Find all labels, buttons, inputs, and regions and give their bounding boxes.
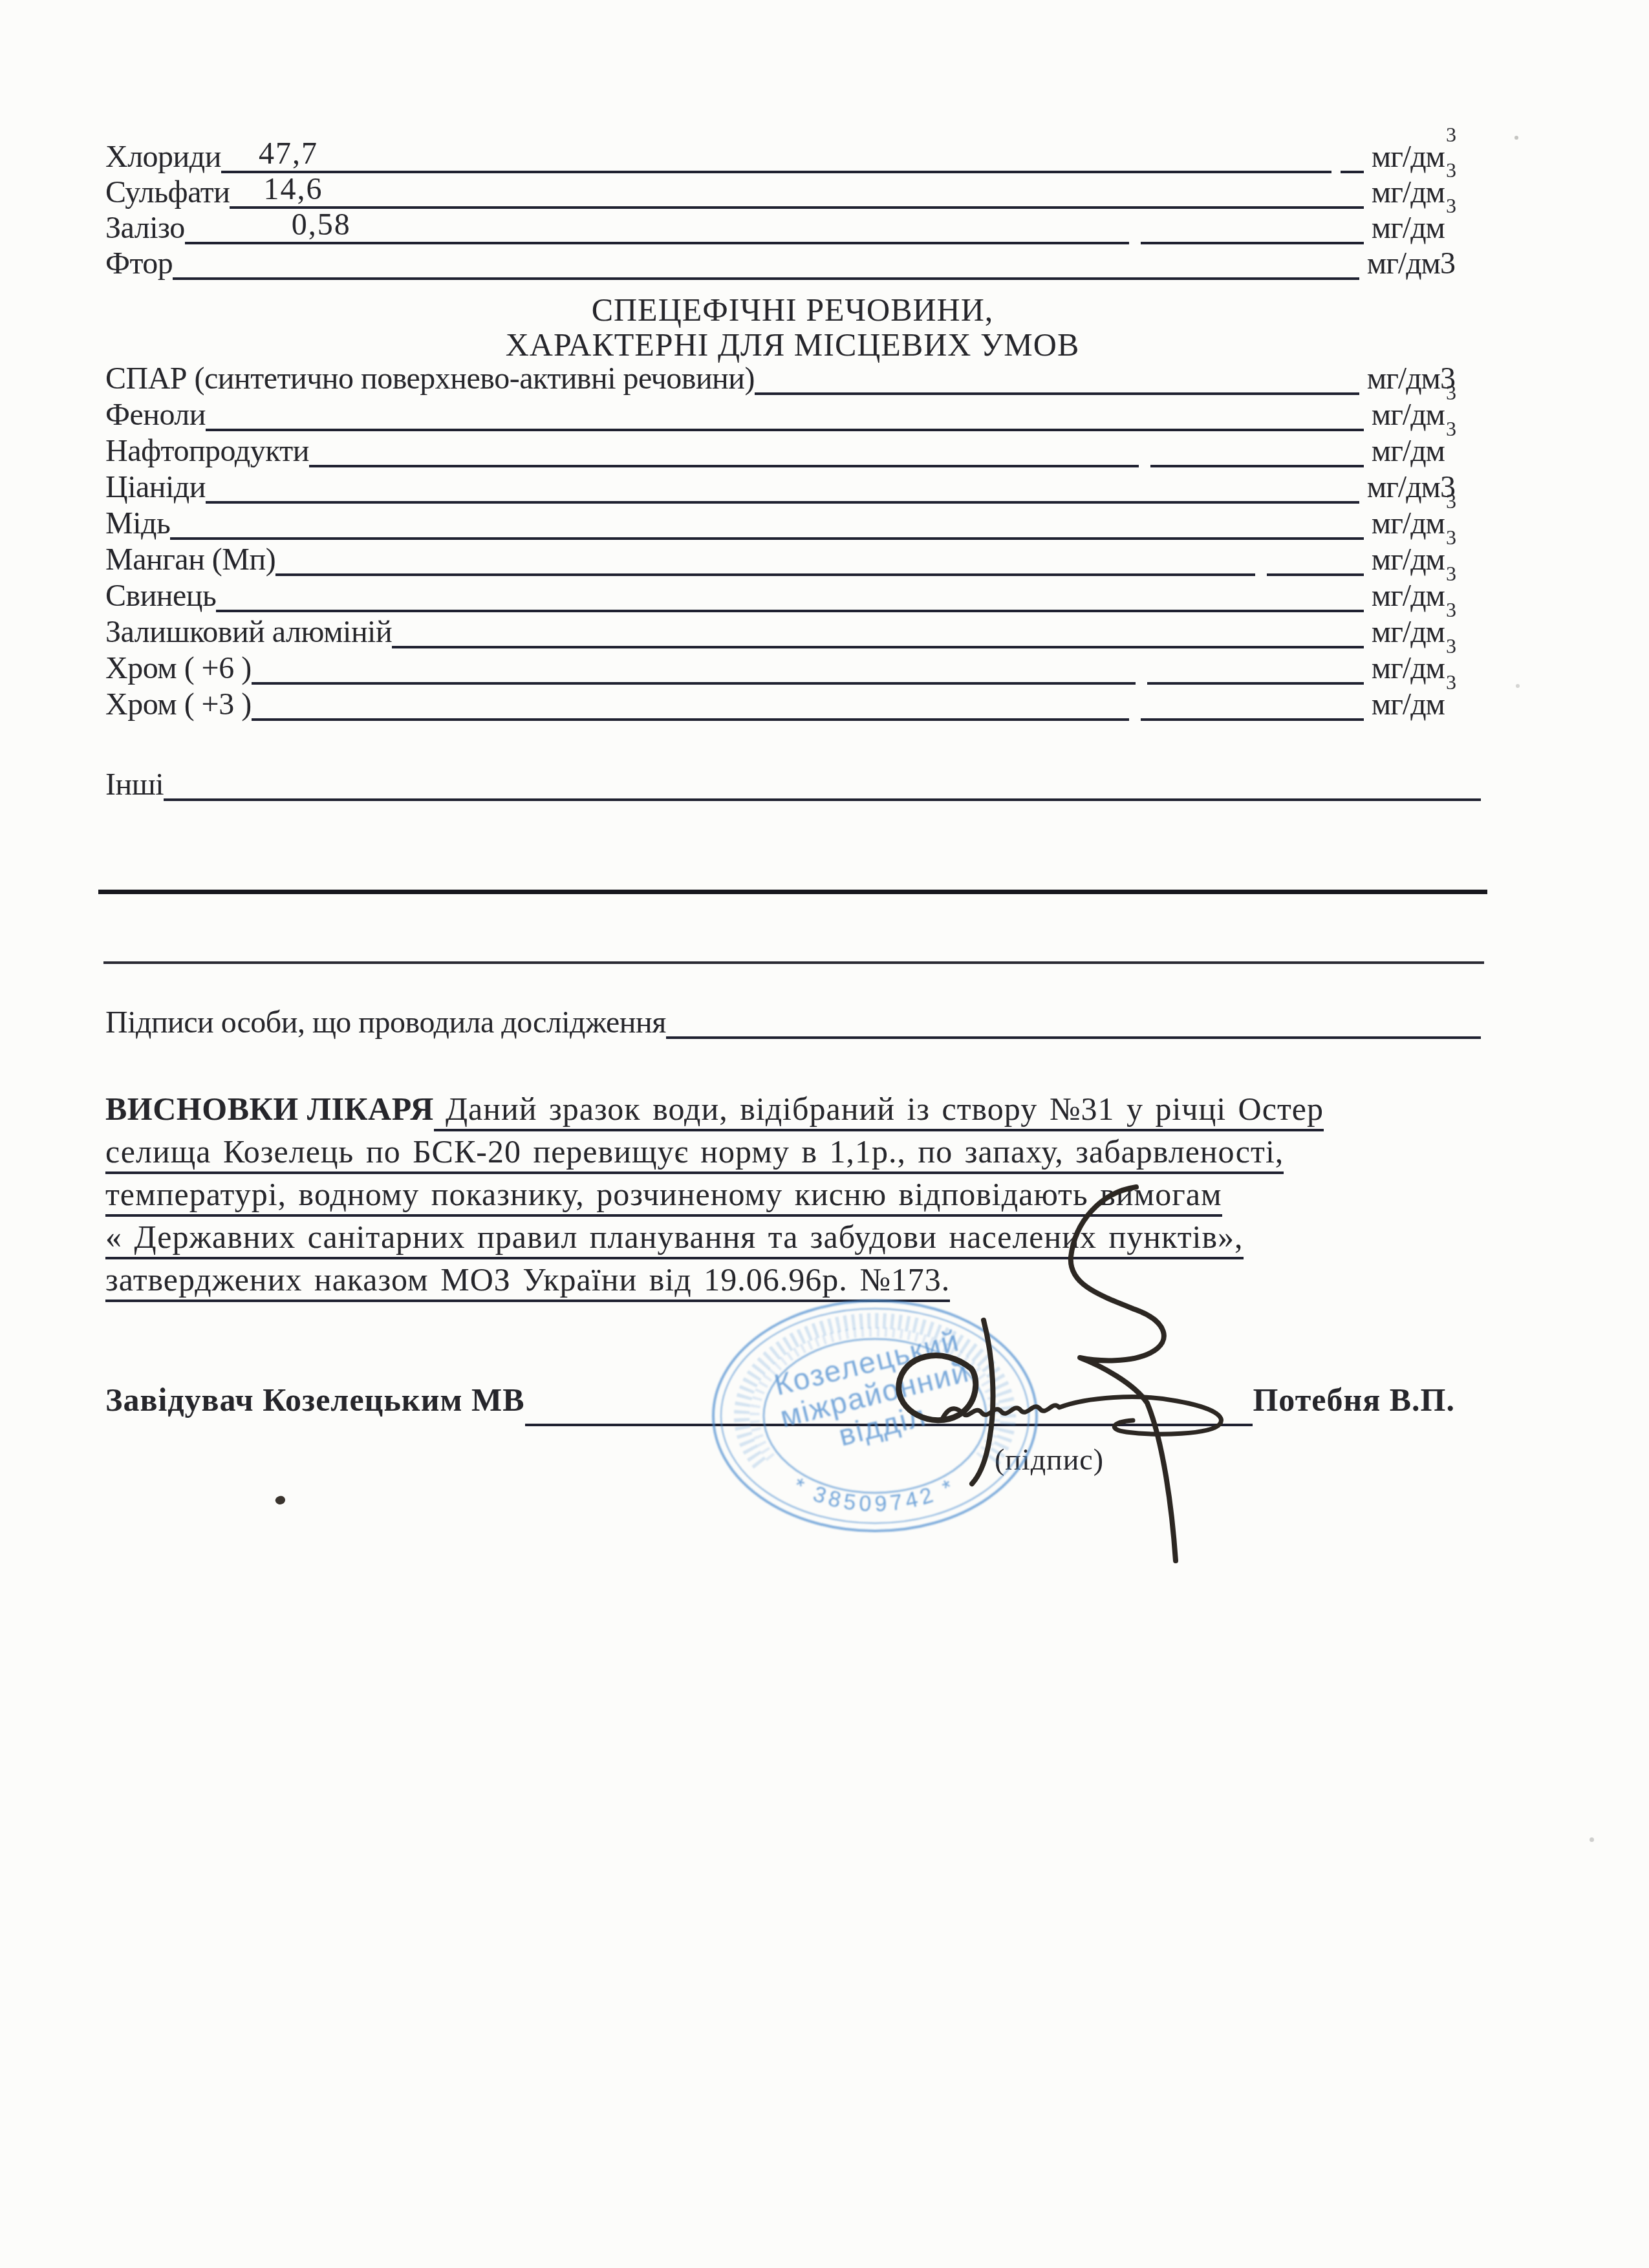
thick-divider	[98, 890, 1487, 894]
param-unit: мг/дм3	[1372, 578, 1455, 614]
fill-line	[252, 682, 1136, 685]
fill-line	[309, 465, 1139, 467]
approver-position: Завідувач Козелецьким МВ	[105, 1382, 525, 1418]
signature-scribble	[943, 1397, 1221, 1434]
param-unit: мг/дм3	[1372, 650, 1455, 687]
signature-loop	[899, 1356, 976, 1420]
param-label: Хром ( +3 )	[105, 687, 252, 723]
fill-line	[170, 537, 1363, 540]
fill-line	[173, 277, 1359, 280]
param-label: Мідь	[105, 506, 170, 542]
param-row-chlorides: Хлориди 47,7 мг/дм3	[105, 139, 1455, 175]
param-row-fluorine: Фтор мг/дм3	[105, 246, 1455, 281]
fill-line-dash	[1341, 171, 1364, 173]
scan-dot	[1514, 136, 1518, 140]
param-value: 0,58	[292, 209, 351, 241]
param-label: Нафтопродукти	[105, 433, 309, 469]
param-row-sulfates: Сульфати 14,6 мг/дм3	[105, 175, 1455, 210]
conclusion-title: ВИСНОВКИ ЛІКАРЯ	[105, 1091, 434, 1127]
fill-line	[206, 501, 1359, 504]
section-title: СПЕЦЕФІЧНІ РЕЧОВИНИ, ХАРАКТЕРНІ ДЛЯ МІСЦ…	[105, 292, 1480, 362]
signature-stem	[972, 1320, 993, 1484]
param-row-chrome-3: Хром ( +3 ) мг/дм3	[105, 687, 1455, 723]
param-row-lead: Свинець мг/дм3	[105, 578, 1455, 614]
param-label: Залишковий алюміній	[105, 614, 392, 650]
signature-flourish	[1071, 1187, 1176, 1561]
fill-line	[206, 429, 1364, 431]
param-label: Ціаніди	[105, 469, 206, 506]
param-unit: мг/дм3	[1372, 139, 1455, 175]
conclusion-line: ВИСНОВКИ ЛІКАРЯДаний зразок води, відібр…	[105, 1087, 1470, 1130]
fill-line	[392, 646, 1364, 648]
param-row-manganese: Манган (Мп) мг/дм3	[105, 542, 1455, 578]
researcher-label: Підписи особи, що проводила дослідження	[105, 1005, 666, 1040]
fill-line	[164, 798, 1481, 801]
param-unit: мг/дм3	[1372, 614, 1455, 650]
thin-divider	[103, 961, 1484, 964]
fill-line-segment	[1141, 718, 1364, 721]
ink-speck	[274, 1494, 286, 1506]
section-title-line1: СПЕЦЕФІЧНІ РЕЧОВИНИ,	[105, 292, 1480, 327]
param-unit: мг/дм3	[1372, 433, 1455, 469]
fill-line	[252, 718, 1129, 721]
param-row-iron: Залізо 0,58 мг/дм3	[105, 210, 1455, 246]
top-parameters-block: Хлориди 47,7 мг/дм3 Сульфати 14,6 мг/дм3…	[105, 139, 1455, 281]
specific-parameters-block: СПАР (синтетично поверхнево-активні речо…	[105, 361, 1455, 723]
param-row-spar: СПАР (синтетично поверхнево-активні речо…	[105, 361, 1455, 397]
param-value: 14,6	[263, 174, 323, 205]
param-unit: мг/дм3	[1367, 469, 1455, 506]
param-unit: мг/дм3	[1372, 210, 1455, 246]
scanned-document-page: Хлориди 47,7 мг/дм3 Сульфати 14,6 мг/дм3…	[0, 0, 1649, 2268]
researcher-signature-row: Підписи особи, що проводила дослідження	[105, 1005, 1481, 1040]
fill-line	[755, 392, 1359, 395]
param-value: 47,7	[259, 138, 318, 169]
param-label: Феноли	[105, 397, 206, 433]
fill-line-segment	[1150, 465, 1364, 467]
param-unit: мг/дм3	[1367, 246, 1455, 281]
param-unit: мг/дм3	[1367, 361, 1455, 397]
fill-line	[216, 610, 1363, 612]
fill-line: 47,7	[221, 171, 1331, 173]
others-label: Інші	[105, 767, 164, 802]
fill-line: 14,6	[230, 206, 1363, 209]
scan-dot	[1590, 1837, 1594, 1842]
param-label: СПАР (синтетично поверхнево-активні речо…	[105, 361, 755, 397]
handwritten-signature	[860, 1164, 1274, 1584]
param-label: Свинець	[105, 578, 216, 614]
approver-name: Потебня В.П.	[1253, 1382, 1455, 1418]
param-unit: мг/дм3	[1372, 687, 1455, 723]
conclusion-text: Даний зразок води, відібраний із створу …	[434, 1091, 1324, 1131]
param-unit: мг/дм3	[1372, 175, 1455, 210]
scan-dot	[1516, 684, 1520, 688]
fill-line-segment	[1141, 242, 1364, 244]
fill-line-segment	[1267, 573, 1364, 576]
param-row-chrome-6: Хром ( +6 ) мг/дм3	[105, 650, 1455, 687]
param-label: Манган (Мп)	[105, 542, 275, 578]
param-unit: мг/дм3	[1372, 506, 1455, 542]
param-row-cyanides: Ціаніди мг/дм3	[105, 469, 1455, 506]
param-label: Фтор	[105, 246, 173, 281]
others-row: Інші	[105, 767, 1481, 802]
param-label: Залізо	[105, 210, 185, 246]
param-row-copper: Мідь мг/дм3	[105, 506, 1455, 542]
fill-line-segment	[1147, 682, 1364, 685]
fill-line: 0,58	[185, 242, 1129, 244]
section-title-line2: ХАРАКТЕРНІ ДЛЯ МІСЦЕВИХ УМОВ	[105, 327, 1480, 362]
param-row-residual-aluminium: Залишковий алюміній мг/дм3	[105, 614, 1455, 650]
param-row-oil-products: Нафтопродукти мг/дм3	[105, 433, 1455, 469]
param-label: Сульфати	[105, 175, 230, 210]
fill-line	[275, 573, 1255, 576]
fill-line	[666, 1036, 1481, 1039]
param-unit: мг/дм3	[1372, 542, 1455, 578]
param-row-phenols: Феноли мг/дм3	[105, 397, 1455, 433]
param-label: Хлориди	[105, 139, 221, 175]
param-label: Хром ( +6 )	[105, 650, 252, 687]
param-unit: мг/дм3	[1372, 397, 1455, 433]
